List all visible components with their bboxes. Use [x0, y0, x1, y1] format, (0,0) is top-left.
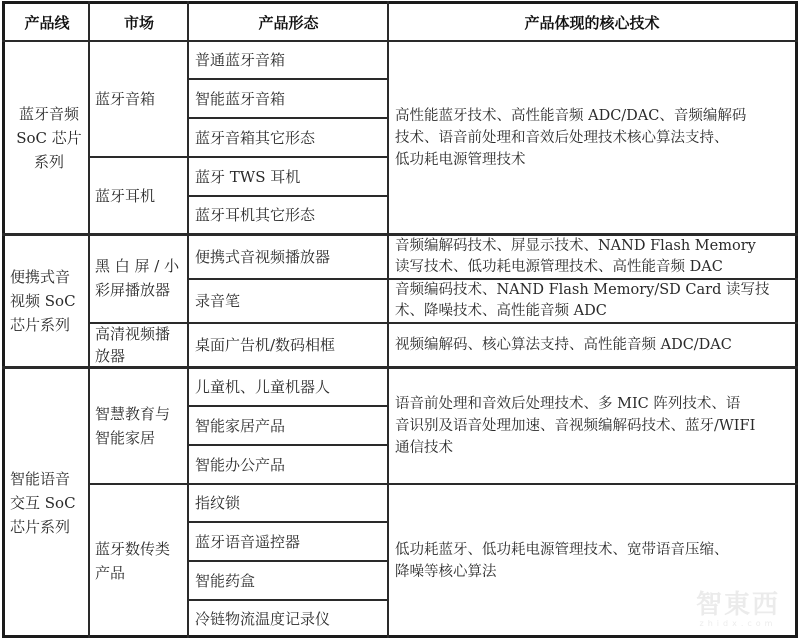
core-tech-cell: 音频编解码技术、屏显示技术、NAND Flash Memory 读写技术、低功耗…	[389, 236, 793, 278]
core-tech-cell: 视频编解码、核心算法支持、高性能音频 ADC/DAC	[389, 324, 793, 366]
product-form-cell: 普通蓝牙音箱	[189, 42, 387, 78]
product-form-cell: 录音笔	[189, 280, 387, 322]
market-cell: 智慧教育与 智能家居	[89, 369, 187, 483]
core-tech-cell: 高性能蓝牙技术、高性能音频 ADC/DAC、音频编解码 技术、语音前处理和音效后…	[389, 42, 793, 234]
product-form-cell: 蓝牙音箱其它形态	[189, 119, 387, 156]
product-form-cell: 便携式音视频播放器	[189, 236, 387, 278]
product-line-cell: 蓝牙音频 SoC 芯片 系列	[10, 42, 88, 234]
header-core-technology: 产品体现的核心技术	[389, 4, 795, 41]
watermark-logo: 智東西 zhidx.com	[688, 591, 788, 633]
product-form-cell: 冷链物流温度记录仪	[189, 601, 387, 637]
header-product-form: 产品形态	[189, 4, 388, 41]
product-form-cell: 智能办公产品	[189, 446, 387, 483]
product-form-cell: 智能家居产品	[189, 407, 387, 444]
product-form-cell: 蓝牙耳机其它形态	[189, 197, 387, 233]
product-line-cell: 便携式音 视频 SoC 芯片系列	[10, 236, 88, 366]
market-cell: 蓝牙数传类 产品	[89, 485, 187, 637]
product-line-cell: 智能语音 交互 SoC 芯片系列	[10, 369, 88, 637]
market-cell: 蓝牙耳机	[89, 158, 187, 234]
product-form-cell: 智能蓝牙音箱	[189, 80, 387, 117]
watermark-logo-text: 智東西	[688, 591, 788, 619]
core-tech-cell: 语音前处理和音效后处理技术、多 MIC 阵列技术、语 音识别及语音处理加速、音视…	[389, 369, 793, 483]
watermark-url: zhidx.com	[688, 619, 788, 629]
product-form-cell: 智能药盒	[189, 562, 387, 599]
market-cell: 高清视频播 放器	[89, 324, 187, 366]
header-market: 市场	[90, 4, 188, 41]
product-form-cell: 蓝牙 TWS 耳机	[189, 158, 387, 195]
product-form-cell: 儿童机、儿童机器人	[189, 369, 387, 405]
product-form-cell: 桌面广告机/数码相框	[189, 324, 387, 366]
market-cell: 蓝牙音箱	[89, 42, 187, 156]
market-cell: 黑 白 屏 / 小 彩屏播放器	[89, 240, 187, 322]
header-product-line: 产品线	[5, 4, 89, 41]
product-form-cell: 指纹锁	[189, 485, 387, 521]
core-tech-cell: 音频编码技术、NAND Flash Memory/SD Card 读写技 术、降…	[389, 280, 793, 322]
product-form-cell: 蓝牙语音遥控器	[189, 523, 387, 560]
